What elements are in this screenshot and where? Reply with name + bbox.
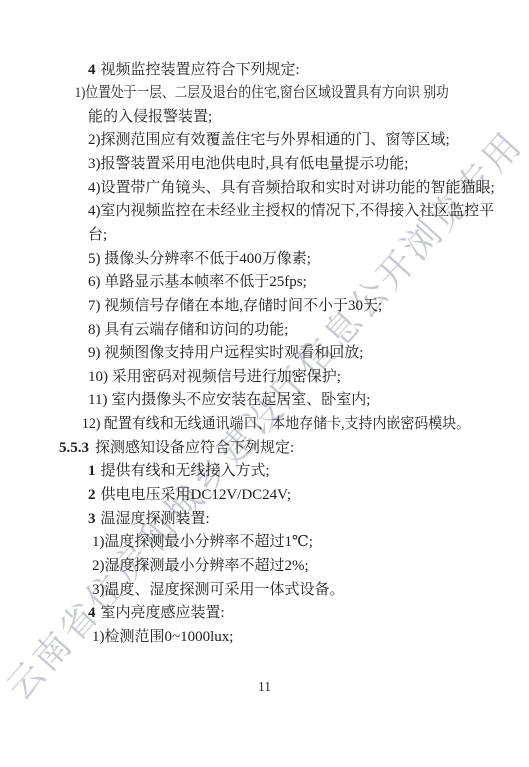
clause-text: 2)探测范围应有效覆盖住宅与外界相通的门、窗等区域; — [88, 132, 450, 148]
clause-number: 2 — [88, 487, 96, 503]
clause-text: 台; — [88, 227, 107, 243]
clause-text: 9) 视频图像支持用户远程实时观看和回放; — [88, 345, 363, 361]
clause-text: 3)报警装置采用电池供电时,具有低电量提示功能; — [88, 156, 408, 172]
clause-text: 7) 视频信号存储在本地,存储时间不小于30天; — [88, 298, 382, 314]
text-line: 3)温度、湿度探测可采用一体式设备。 — [0, 579, 529, 603]
clause-text: 探测感知设备应符合下列规定: — [95, 440, 294, 456]
clause-text: 供电电压采用DC12V/DC24V; — [101, 487, 292, 503]
text-line: 3温湿度探测装置: — [0, 508, 529, 532]
page-number: 11 — [0, 679, 529, 695]
clause-text: 6) 单路显示基本帧率不低于25fps; — [88, 274, 307, 290]
clause-text: 5) 摄像头分辨率不低于400万像素; — [88, 251, 311, 267]
text-line: 4)设置带广角镜头、具有音频拾取和实时对讲功能的智能猫眼; — [0, 177, 529, 201]
text-line: 4室内亮度感应装置: — [0, 602, 529, 626]
document-lines: 4视频监控装置应符合下列规定:1)位置处于一层、二层及退台的住宅,窗台区域设置具… — [0, 59, 529, 650]
text-line: 4)室内视频监控在未经业主授权的情况下,不得接入社区监控平 — [0, 200, 529, 224]
clause-number: 1 — [88, 463, 96, 479]
text-line: 1)位置处于一层、二层及退台的住宅,窗台区域设置具有方向识 别功 — [0, 82, 450, 106]
text-line: 9) 视频图像支持用户远程实时观看和回放; — [0, 342, 529, 366]
clause-number: 5.5.3 — [59, 440, 89, 456]
text-line: 3)报警装置采用电池供电时,具有低电量提示功能; — [0, 153, 529, 177]
clause-text: 视频监控装置应符合下列规定: — [101, 62, 300, 78]
clause-text: 4)室内视频监控在未经业主授权的情况下,不得接入社区监控平 — [88, 203, 494, 219]
clause-text: 2)湿度探测最小分辨率不超过2%; — [92, 558, 309, 574]
text-line: 4视频监控装置应符合下列规定: — [0, 59, 529, 83]
clause-text: 12) 配置有线和无线通讯端口、本地存储卡,支持内嵌密码模块。 — [82, 416, 470, 432]
text-line: 7) 视频信号存储在本地,存储时间不小于30天; — [0, 295, 529, 319]
text-line: 12) 配置有线和无线通讯端口、本地存储卡,支持内嵌密码模块。 — [0, 413, 492, 437]
text-line: 2供电电压采用DC12V/DC24V; — [0, 484, 529, 508]
text-line: 10) 采用密码对视频信号进行加密保护; — [0, 366, 529, 390]
text-line: 能的入侵报警装置; — [0, 106, 529, 130]
clause-text: 能的入侵报警装置; — [88, 109, 212, 125]
clause-text: 1)检测范围0~1000lux; — [92, 629, 233, 645]
clause-text: 温湿度探测装置: — [101, 511, 210, 527]
text-line: 2)湿度探测最小分辨率不超过2%; — [0, 555, 529, 579]
clause-number: 4 — [88, 605, 96, 621]
text-line: 5) 摄像头分辨率不低于400万像素; — [0, 248, 529, 272]
text-line: 11) 室内摄像头不应安装在起居室、卧室内; — [0, 389, 529, 413]
text-line: 1提供有线和无线接入方式; — [0, 460, 529, 484]
text-line: 1)检测范围0~1000lux; — [0, 626, 529, 650]
text-line: 2)探测范围应有效覆盖住宅与外界相通的门、窗等区域; — [0, 129, 529, 153]
clause-text: 1)温度探测最小分辨率不超过1℃; — [92, 534, 313, 550]
clause-text: 10) 采用密码对视频信号进行加密保护; — [88, 369, 341, 385]
clause-text: 8) 具有云端存储和访问的功能; — [88, 322, 288, 338]
clause-number: 3 — [88, 511, 96, 527]
clause-text: 4)设置带广角镜头、具有音频拾取和实时对讲功能的智能猫眼; — [88, 180, 495, 196]
clause-text: 11) 室内摄像头不应安装在起居室、卧室内; — [88, 392, 370, 408]
clause-text: 1)位置处于一层、二层及退台的住宅,窗台区域设置具有方向识 别功 — [75, 85, 449, 101]
clause-text: 提供有线和无线接入方式; — [101, 463, 270, 479]
clause-text: 室内亮度感应装置: — [101, 605, 225, 621]
clause-text: 3)温度、湿度探测可采用一体式设备。 — [92, 582, 345, 598]
text-line: 8) 具有云端存储和访问的功能; — [0, 319, 529, 343]
document-page: 云南省住房和城乡建设厅信息公开浏览专用 4视频监控装置应符合下列规定:1)位置处… — [0, 0, 529, 767]
text-line: 1)温度探测最小分辨率不超过1℃; — [0, 531, 529, 555]
text-line: 台; — [0, 224, 529, 248]
text-line: 6) 单路显示基本帧率不低于25fps; — [0, 271, 529, 295]
text-line: 5.5.3探测感知设备应符合下列规定: — [0, 437, 529, 461]
clause-number: 4 — [88, 62, 96, 78]
